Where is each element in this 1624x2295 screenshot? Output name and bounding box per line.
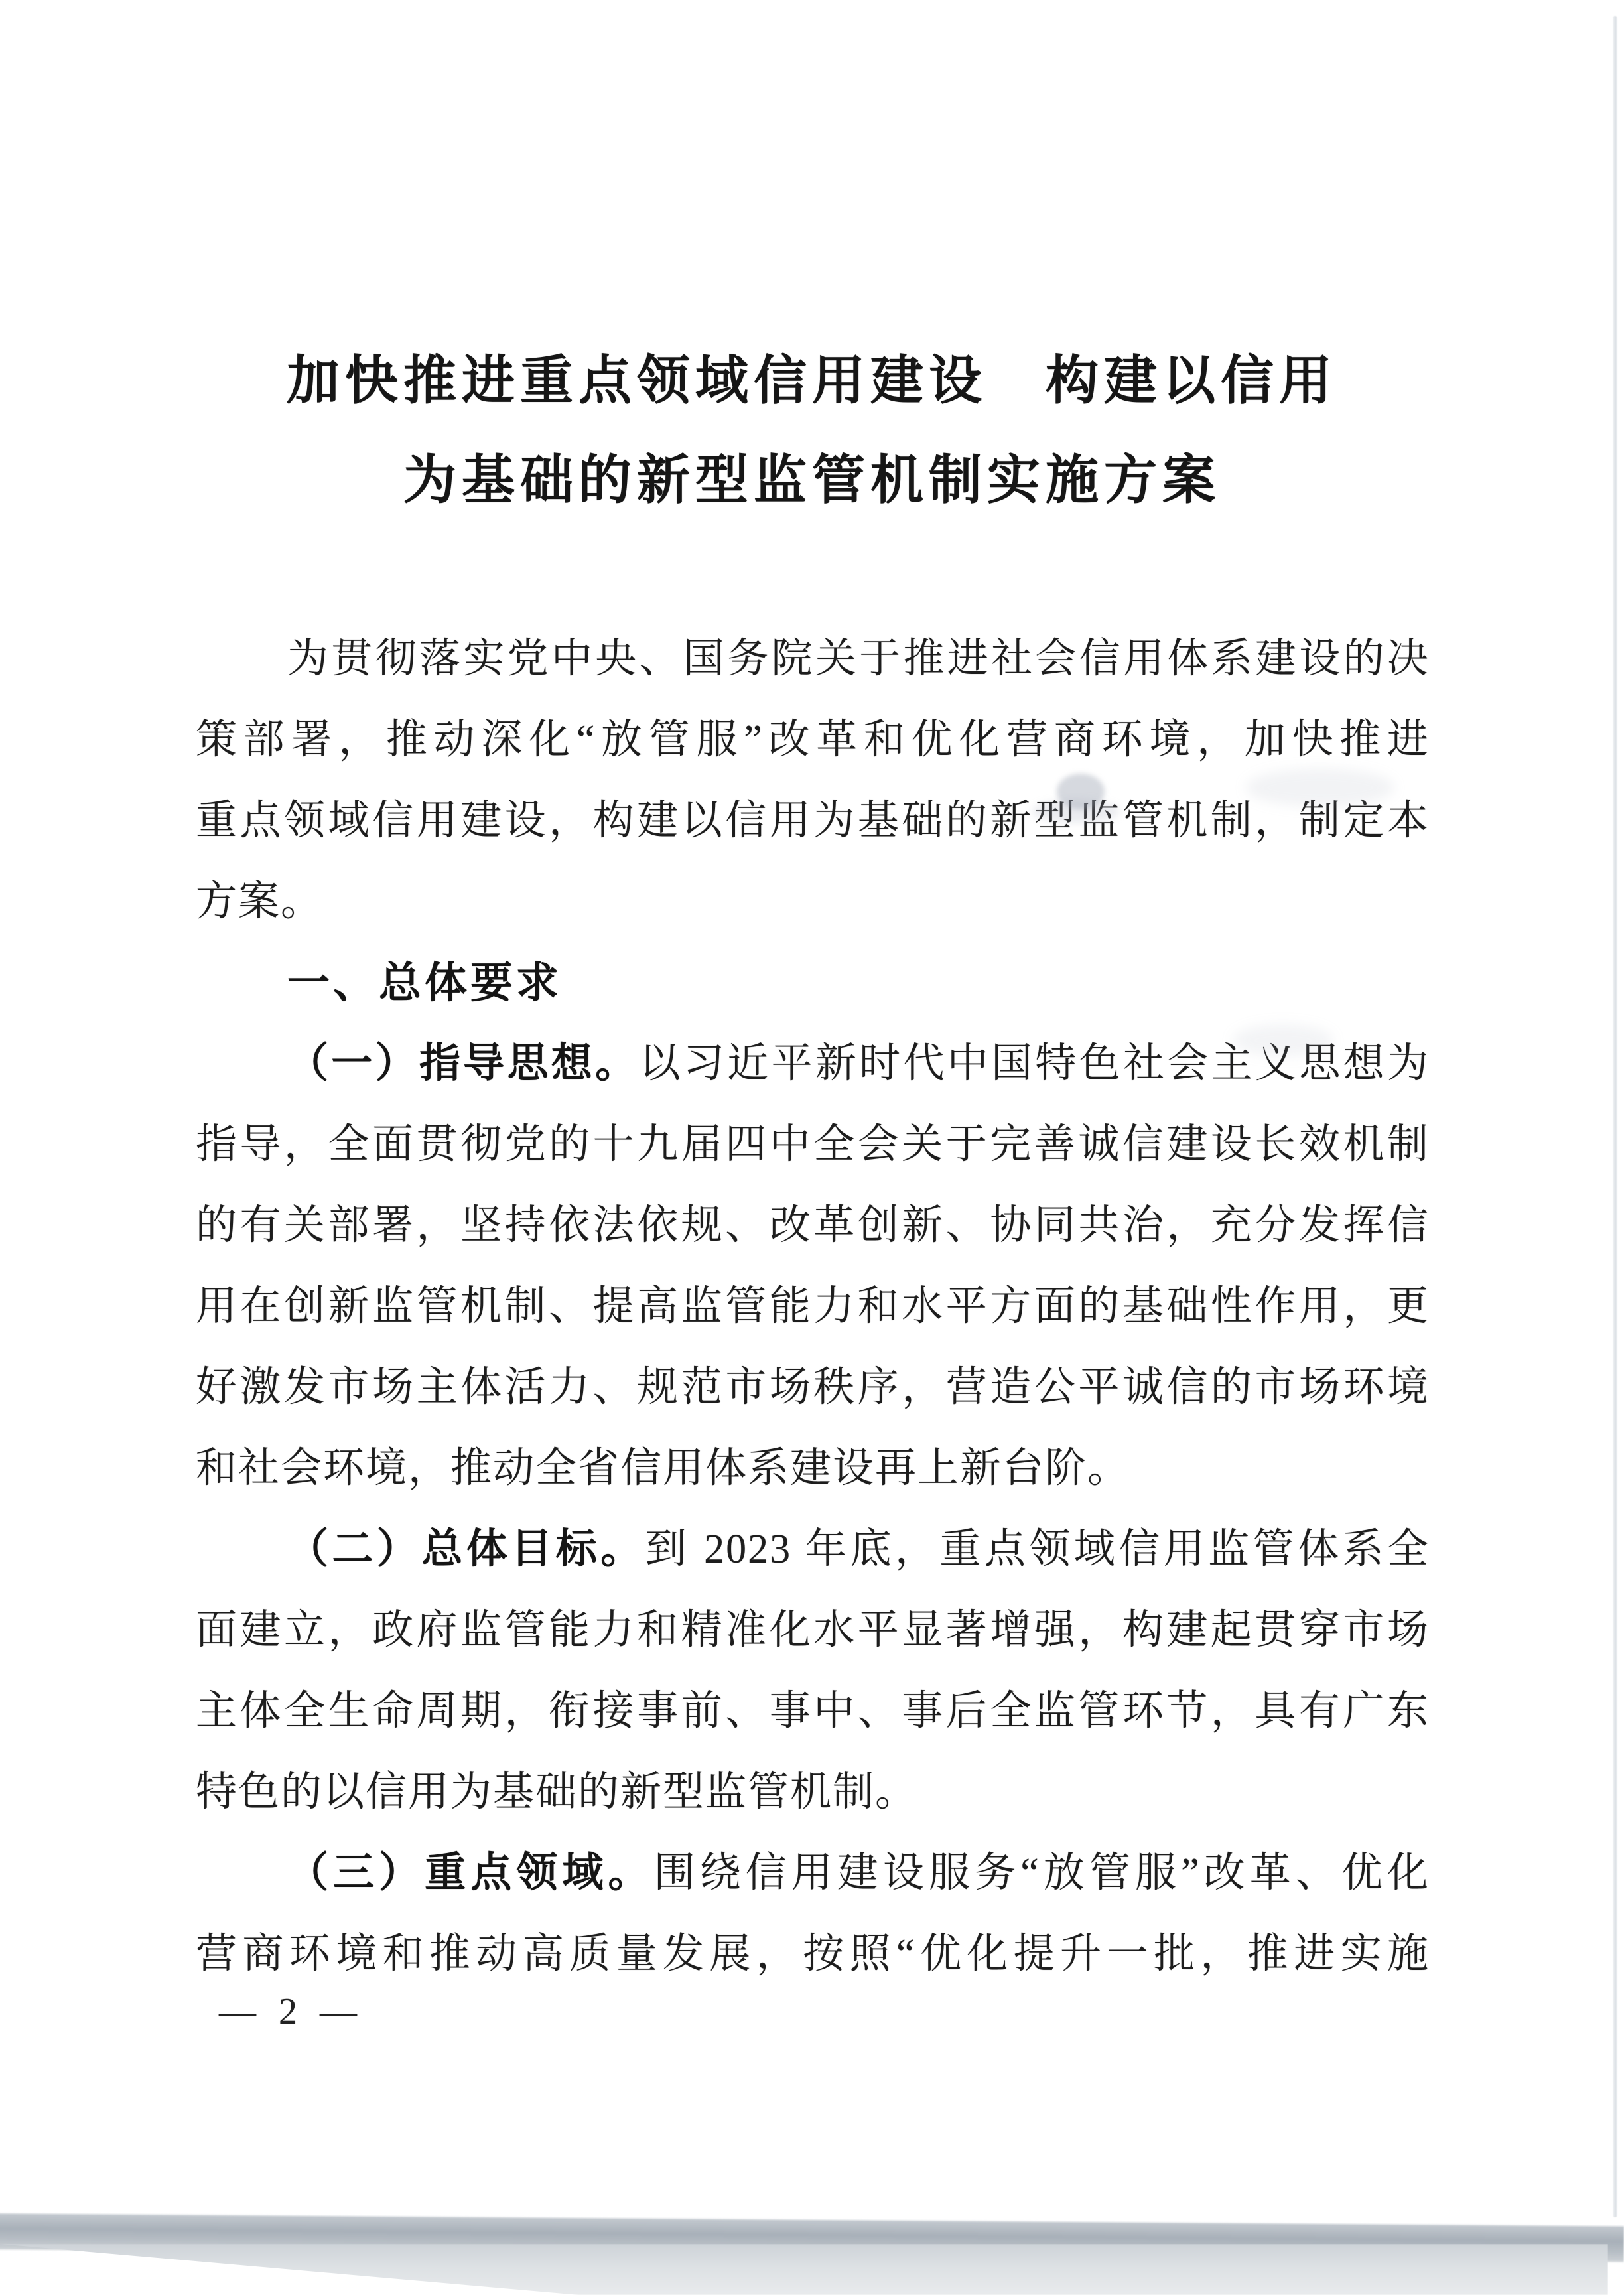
doc-text-run: 面建立，政府监管能力和精准化水平显著增强，构建起贯穿市场	[196, 1608, 1430, 1653]
doc-line: 特色的以信用为基础的新型监管机制。	[196, 1752, 1430, 1833]
scan-shadow-band-light	[0, 2244, 1608, 2295]
doc-line: 策部署，推动深化“放管服”改革和优化营商环境，加快推进	[196, 699, 1430, 780]
doc-line: （三）重点领域。围绕信用建设服务“放管服”改革、优化	[196, 1833, 1430, 1913]
doc-line: （二）总体目标。到 2023 年底，重点领域信用监管体系全	[196, 1509, 1430, 1590]
doc-line: （一）指导思想。以习近平新时代中国特色社会主义思想为	[196, 1023, 1430, 1104]
doc-line: 方案。	[196, 861, 1430, 942]
section-heading: 一、总体要求	[196, 942, 1430, 1023]
doc-lead-run: （三）重点领域。	[287, 1850, 654, 1896]
document-title-line1: 加快推进重点领域信用建设 构建以信用	[0, 332, 1624, 431]
document-body: 为贯彻落实党中央、国务院关于推进社会信用体系建设的决策部署，推动深化“放管服”改…	[196, 618, 1430, 1994]
doc-lead-run: （一）指导思想。	[287, 1041, 640, 1086]
doc-line: 为贯彻落实党中央、国务院关于推进社会信用体系建设的决	[196, 618, 1430, 699]
doc-text-run: 一、总体要求	[287, 959, 562, 1007]
doc-text-run: 主体全生命周期，衔接事前、事中、事后全监管环节，具有广东	[196, 1689, 1430, 1734]
doc-text-run: 围绕信用建设服务“放管服”改革、优化	[654, 1850, 1430, 1896]
doc-text-run: 用在创新监管机制、提高监管能力和水平方面的基础性作用，更	[196, 1284, 1430, 1329]
doc-text-run: 特色的以信用为基础的新型监管机制。	[196, 1770, 917, 1815]
doc-text-run: 营商环境和推动高质量发展，按照“优化提升一批，推进实施	[196, 1931, 1430, 1977]
doc-line: 主体全生命周期，衔接事前、事中、事后全监管环节，具有广东	[196, 1671, 1430, 1752]
page-number: — 2 —	[219, 1990, 364, 2033]
doc-text-run: 为贯彻落实党中央、国务院关于推进社会信用体系建设的决	[287, 636, 1430, 681]
doc-line: 重点领域信用建设，构建以信用为基础的新型监管机制，制定本	[196, 780, 1430, 861]
doc-line: 面建立，政府监管能力和精准化水平显著增强，构建起贯穿市场	[196, 1590, 1430, 1671]
doc-lead-run: （二）总体目标。	[287, 1527, 645, 1572]
doc-line: 营商环境和推动高质量发展，按照“优化提升一批，推进实施	[196, 1913, 1430, 1994]
doc-text-run: 方案。	[196, 879, 323, 924]
doc-text-run: 和社会环境，推动全省信用体系建设再上新台阶。	[196, 1446, 1130, 1491]
doc-line: 用在创新监管机制、提高监管能力和水平方面的基础性作用，更	[196, 1266, 1430, 1347]
doc-text-run: 重点领域信用建设，构建以信用为基础的新型监管机制，制定本	[196, 798, 1430, 843]
doc-line: 指导，全面贯彻党的十九届四中全会关于完善诚信建设长效机制	[196, 1104, 1430, 1185]
doc-line: 和社会环境，推动全省信用体系建设再上新台阶。	[196, 1428, 1430, 1509]
page-edge-line	[1613, 16, 1617, 2217]
doc-line: 的有关部署，坚持依法依规、改革创新、协同共治，充分发挥信	[196, 1185, 1430, 1266]
document-title: 加快推进重点领域信用建设 构建以信用 为基础的新型监管机制实施方案	[0, 332, 1624, 531]
doc-text-run: 以习近平新时代中国特色社会主义思想为	[640, 1041, 1430, 1086]
doc-text-run: 的有关部署，坚持依法依规、改革创新、协同共治，充分发挥信	[196, 1203, 1430, 1248]
document-page: 加快推进重点领域信用建设 构建以信用 为基础的新型监管机制实施方案 为贯彻落实党…	[0, 0, 1624, 2295]
doc-text-run: 策部署，推动深化“放管服”改革和优化营商环境，加快推进	[196, 717, 1430, 762]
doc-line: 好激发市场主体活力、规范市场秩序，营造公平诚信的市场环境	[196, 1347, 1430, 1428]
doc-text-run: 好激发市场主体活力、规范市场秩序，营造公平诚信的市场环境	[196, 1365, 1430, 1410]
doc-text-run: 指导，全面贯彻党的十九届四中全会关于完善诚信建设长效机制	[196, 1122, 1430, 1167]
doc-text-run: 到 2023 年底，重点领域信用监管体系全	[645, 1527, 1430, 1572]
document-title-line2: 为基础的新型监管机制实施方案	[0, 431, 1624, 531]
